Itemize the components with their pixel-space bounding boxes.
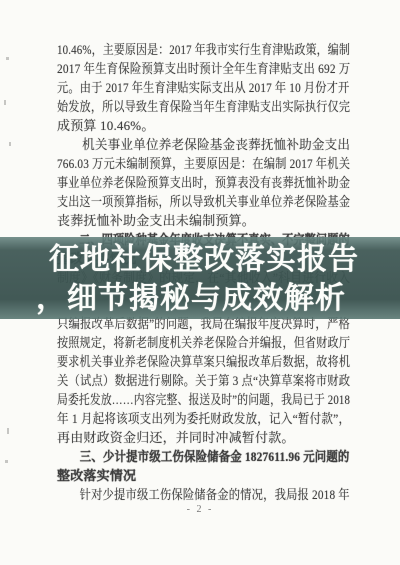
document-line: 成预算 10.46%。 (57, 116, 350, 135)
document-line: 766.03 万元未编制预算，主要原因是：在编制 2017 年机关 (57, 154, 311, 173)
scan-noise (6, 57, 9, 60)
document-line: 三、少计提市级工伤保险储备金 1827611.96 元问题的 (57, 447, 314, 466)
document-line: 整改落实情况 (57, 466, 350, 485)
scan-noise (4, 100, 6, 105)
document-line: 10.46%，主要原因是：2017 年我市实行生育津贴政策，编制 (57, 40, 303, 59)
scan-noise (9, 142, 11, 146)
title-overlay-banner: 征地社保整改落实报告 ，细节揭秘与成效解析 (0, 237, 400, 319)
document-line: 按照规定，将新老制度机关养老保险合并编报，但省财政厅 (57, 333, 307, 352)
document-line: 2017 年生育保险预算支出时预计全年生育津贴支出 692 万 (57, 59, 314, 78)
document-line: 始发放，所以导致生育保险当年生育津贴支出实际执行仅完 (57, 97, 307, 116)
document-line: 关（试点）数据进行剔除。关于第 3 点“决算草案将市财政 (57, 371, 312, 390)
document-line: 支出这一项预算指标，所以导致机关事业单位养老保险基金 (57, 192, 307, 211)
document-line: 元。由于 2017 年生育津贴实际支出从 2017 年 10 月份才开 (57, 78, 310, 97)
scan-noise (7, 428, 9, 434)
document-line: 丧葬抚恤补助金支出未编制预算。 (57, 211, 350, 230)
scan-noise (5, 460, 8, 463)
document-line: 要求机关事业养老保险决算草案只编报改革后数据，故将机 (57, 352, 307, 371)
document-line: 年 1 月起将该项支出列为委托财政发放，记入“暂付款”， (57, 409, 318, 428)
document-line: 事业单位养老保险预算支出时，预算表没有丧葬抚恤补助金 (57, 173, 307, 192)
overlay-title-line1: 征地社保整改落实报告 (0, 240, 400, 279)
report-body-lower: 只编报改革后数据”的问题，我局在编报年度决算时，严格按照规定，将新老制度机关养老… (57, 314, 350, 504)
scanned-report-page: 10.46%，主要原因是：2017 年我市实行生育津贴政策，编制2017 年生育… (0, 0, 400, 565)
document-line: 机关事业单位养老保险基金丧葬抚恤补助金支出 (57, 135, 340, 154)
page-number: - 2 - (0, 504, 400, 515)
document-line: 再由财政资金归还，并同时冲减暂付款。 (57, 428, 350, 447)
overlay-title-line2: ，细节揭秘与成效解析 (0, 279, 400, 318)
document-line: 针对少提市级工伤保险储备金的情况，我局报 2018 年 (57, 485, 312, 504)
document-line: 局委托发放……内容完整、报送及时”的问题，我局已于 2018 (57, 390, 300, 409)
